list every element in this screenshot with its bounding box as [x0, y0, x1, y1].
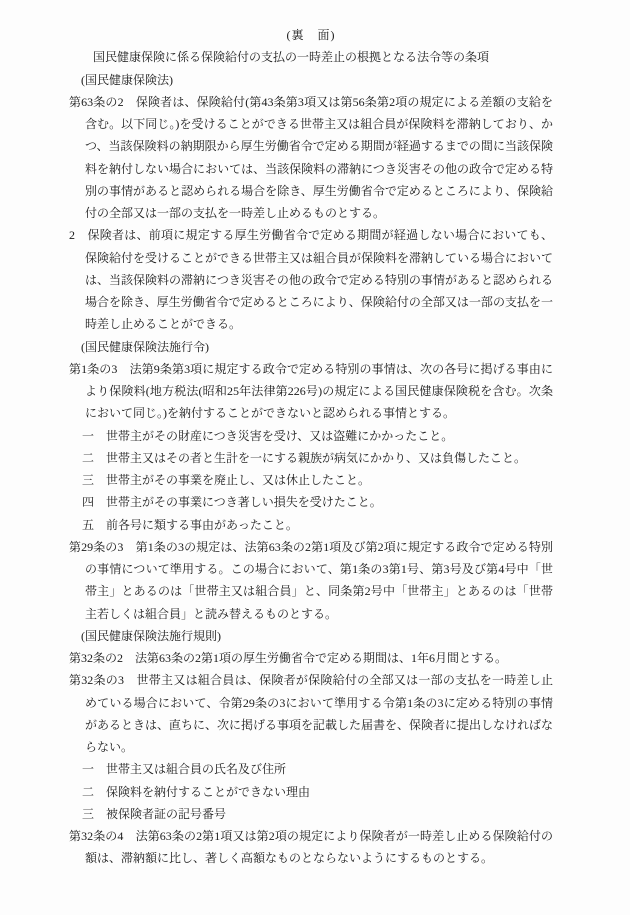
article-number: 第32条の3	[69, 673, 124, 687]
article-number: 第1条の3	[69, 362, 117, 376]
article-text: 保険者は、保険給付(第43条第3項又は第56条第2項の規定による差額の支給を含む…	[85, 95, 553, 220]
section-heading: (国民健康保険法施行令)	[69, 336, 553, 358]
document-title: 国民健康保険に係る保険給付の支払の一時差止の根拠となる法令等の条項	[69, 46, 553, 68]
document-page: (裏 面) 国民健康保険に係る保険給付の支払の一時差止の根拠となる法令等の条項 …	[0, 0, 630, 915]
article-number: 第63条の2	[69, 95, 124, 109]
article-paragraph: 2 保険者は、前項に規定する厚生労働省令で定める期間が経過しない場合においても、…	[69, 224, 553, 335]
section-heading: (国民健康保険法)	[69, 69, 553, 91]
article-text: 第1条の3の規定は、法第63条の2第1項及び第2項に規定する政令で定める特別の事…	[85, 540, 553, 621]
article-text: 保険者は、前項に規定する厚生労働省令で定める期間が経過しない場合においても、保険…	[85, 228, 553, 331]
section-heading: (国民健康保険法施行規則)	[69, 625, 553, 647]
document-body: (裏 面) 国民健康保険に係る保険給付の支払の一時差止の根拠となる法令等の条項 …	[69, 24, 553, 870]
article-number: 第32条の4	[69, 829, 123, 843]
list-item: 一 世帯主がその財産につき災害を受け、又は盗難にかかったこと。	[69, 425, 553, 447]
page-side-label: (裏 面)	[69, 24, 553, 46]
list-item: 五 前各号に類する事由があったこと。	[69, 514, 553, 536]
article-paragraph: 第32条の4 法第63条の2第1項又は第2項の規定により保険者が一時差し止める保…	[69, 825, 553, 870]
list-item: 二 世帯主又はその者と生計を一にする親族が病気にかかり、又は負傷したこと。	[69, 447, 553, 469]
article-text: 法第63条の2第1項又は第2項の規定により保険者が一時差し止める保険給付の額は、…	[85, 829, 553, 865]
article-number: 2	[69, 228, 75, 242]
article-text: 世帯主又は組合員は、保険者が保険給付の全部又は一部の支払を一時差し止めている場合…	[85, 673, 553, 754]
article-paragraph: 第63条の2 保険者は、保険給付(第43条第3項又は第56条第2項の規定による差…	[69, 91, 553, 225]
article-paragraph: 第29条の3 第1条の3の規定は、法第63条の2第1項及び第2項に規定する政令で…	[69, 536, 553, 625]
article-text: 法第9条第3項に規定する政令で定める特別の事情は、次の各号に掲げる事由により保険…	[85, 362, 553, 421]
list-item: 二 保険料を納付することができない理由	[69, 781, 553, 803]
article-paragraph: 第1条の3 法第9条第3項に規定する政令で定める特別の事情は、次の各号に掲げる事…	[69, 358, 553, 425]
article-paragraph: 第32条の2 法第63条の2第1項の厚生労働省令で定める期間は、1年6月間とする…	[69, 647, 553, 669]
list-item: 一 世帯主又は組合員の氏名及び住所	[69, 758, 553, 780]
list-item: 三 世帯主がその事業を廃止し、又は休止したこと。	[69, 469, 553, 491]
article-number: 第32条の2	[69, 651, 123, 665]
document-sections: (国民健康保険法)第63条の2 保険者は、保険給付(第43条第3項又は第56条第…	[69, 69, 553, 870]
article-number: 第29条の3	[69, 540, 123, 554]
list-item: 四 世帯主がその事業につき著しい損失を受けたこと。	[69, 491, 553, 513]
article-text: 法第63条の2第1項の厚生労働省令で定める期間は、1年6月間とする。	[135, 651, 507, 665]
list-item: 三 被保険者証の記号番号	[69, 803, 553, 825]
article-paragraph: 第32条の3 世帯主又は組合員は、保険者が保険給付の全部又は一部の支払を一時差し…	[69, 669, 553, 758]
